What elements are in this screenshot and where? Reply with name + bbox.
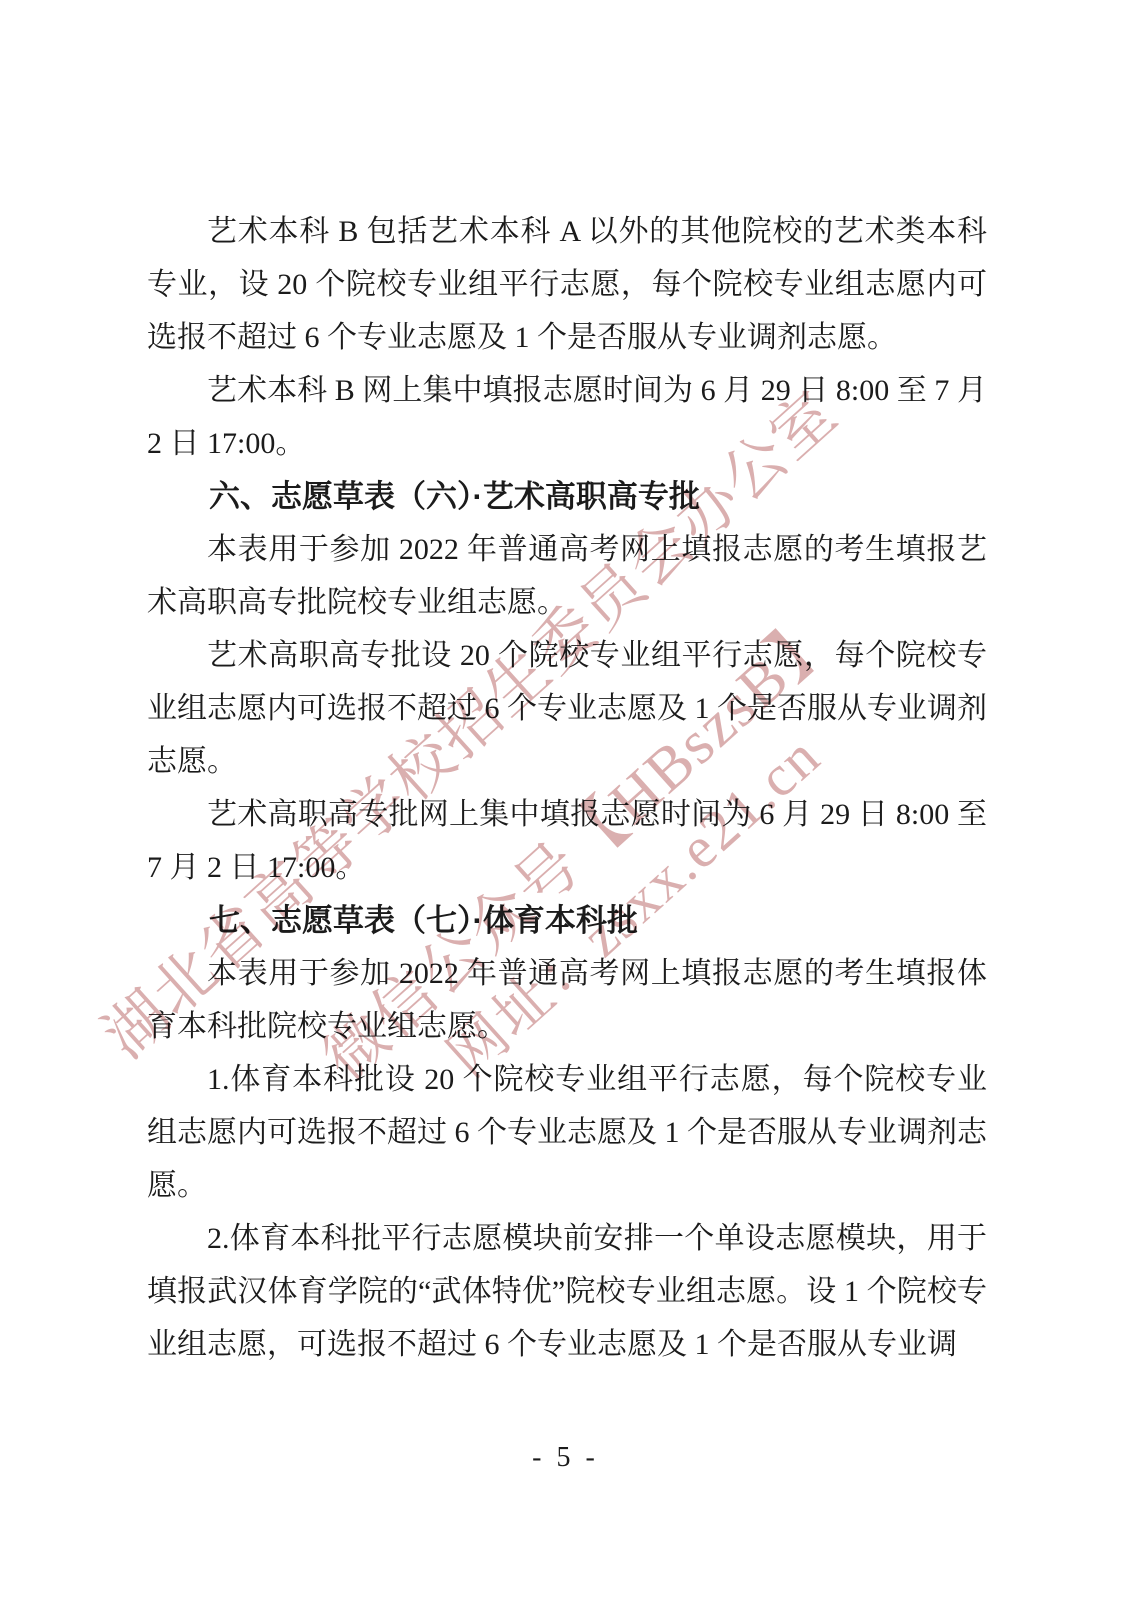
document-page: 艺术本科 B 包括艺术本科 A 以外的其他院校的艺术类本科专业，设 20 个院校… <box>0 0 1131 1600</box>
paragraph: 艺术本科 B 包括艺术本科 A 以外的其他院校的艺术类本科专业，设 20 个院校… <box>147 205 987 364</box>
page-number: - 5 - <box>0 1442 1131 1474</box>
section-heading: 六、志愿草表（六）·艺术高职高专批 <box>147 470 987 523</box>
document-body: 艺术本科 B 包括艺术本科 A 以外的其他院校的艺术类本科专业，设 20 个院校… <box>147 205 987 1371</box>
paragraph: 2.体育本科批平行志愿模块前安排一个单设志愿模块，用于填报武汉体育学院的“武体特… <box>147 1212 987 1371</box>
paragraph: 艺术高职高专批设 20 个院校专业组平行志愿，每个院校专业组志愿内可选报不超过 … <box>147 629 987 788</box>
paragraph: 艺术高职高专批网上集中填报志愿时间为 6 月 29 日 8:00 至 7 月 2… <box>147 788 987 894</box>
section-heading: 七、志愿草表（七）·体育本科批 <box>147 894 987 947</box>
paragraph: 本表用于参加 2022 年普通高考网上填报志愿的考生填报艺术高职高专批院校专业组… <box>147 523 987 629</box>
paragraph: 艺术本科 B 网上集中填报志愿时间为 6 月 29 日 8:00 至 7 月 2… <box>147 364 987 470</box>
paragraph: 1.体育本科批设 20 个院校专业组平行志愿，每个院校专业组志愿内可选报不超过 … <box>147 1053 987 1212</box>
paragraph: 本表用于参加 2022 年普通高考网上填报志愿的考生填报体育本科批院校专业组志愿… <box>147 947 987 1053</box>
